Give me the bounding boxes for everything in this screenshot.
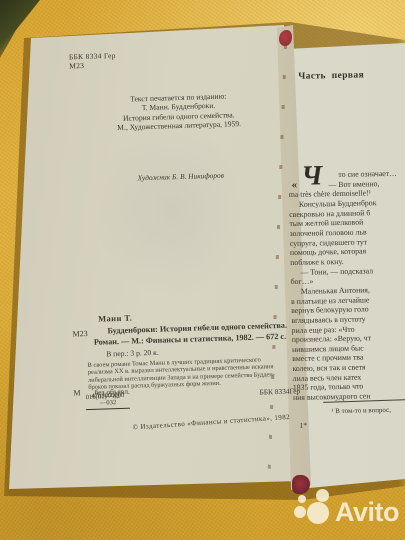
footnote: ¹ В том-то и вопрос, [331, 406, 391, 415]
part-heading: Часть первая [298, 70, 364, 81]
avito-logo-icon [316, 489, 329, 502]
avito-logo-icon [294, 506, 306, 518]
text-line: то сие означает… [338, 168, 405, 179]
avito-logo-icon [307, 502, 329, 524]
avito-watermark: Avito [293, 488, 405, 536]
chapter-body: то сие означает…— Вот именно,ma très chè… [288, 168, 405, 402]
signature-mark: 1* [300, 421, 308, 430]
avito-logo-icon [298, 495, 306, 503]
watermark-brand-text: Avito [335, 499, 399, 526]
right-page-text: Часть первая « Ч то сие означает…— Вот и… [0, 0, 405, 540]
book-photo: ББК 8334 Гер М23 Текст печатается по изд… [0, 0, 405, 540]
